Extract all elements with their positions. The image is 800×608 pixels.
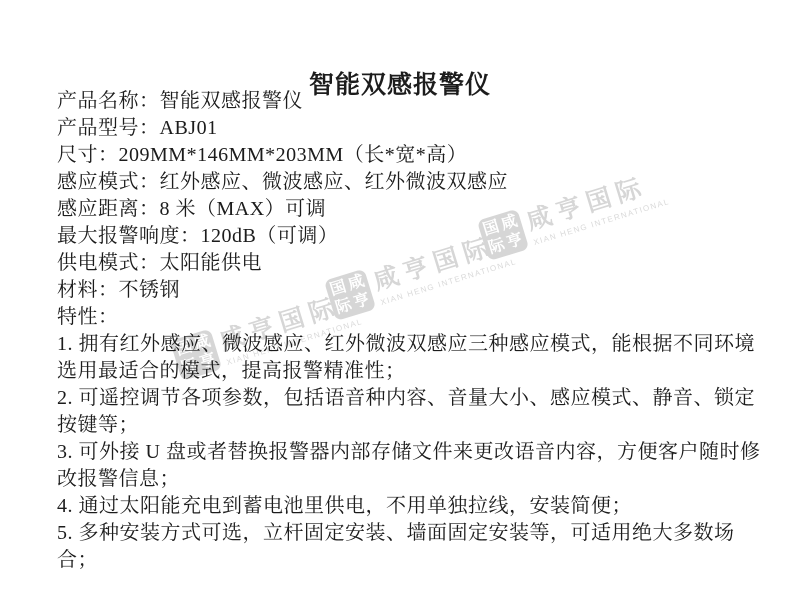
spec-sensing-distance: 感应距离：8 米（MAX）可调 (57, 196, 769, 223)
feature-item-2: 2. 可遥控调节各项参数，包括语音种内容、音量大小、感应模式、静音、锁定按键等； (57, 385, 769, 439)
spec-product-model: 产品型号：ABJ01 (57, 115, 769, 142)
feature-item-4: 4. 通过太阳能充电到蓄电池里供电，不用单独拉线，安装简便； (57, 493, 769, 520)
spec-material: 材料：不锈钢 (57, 277, 769, 304)
feature-item-3: 3. 可外接 U 盘或者替换报警器内部存储文件来更改语音内容，方便客户随时修改报… (57, 439, 769, 493)
spec-product-name: 产品名称：智能双感报警仪 (57, 88, 769, 115)
spec-power-mode: 供电模式：太阳能供电 (57, 250, 769, 277)
product-spec-document: 国 咸 际 亨 咸亨国际 XIAN HENG INTERNATIONAL 国 咸… (0, 0, 800, 608)
spec-list: 产品名称：智能双感报警仪 产品型号：ABJ01 尺寸：209MM*146MM*2… (57, 88, 769, 574)
spec-dimensions: 尺寸：209MM*146MM*203MM（长*宽*高） (57, 142, 769, 169)
feature-item-1: 1. 拥有红外感应、微波感应、红外微波双感应三种感应模式，能根据不同环境选用最适… (57, 331, 769, 385)
spec-max-alarm-volume: 最大报警响度：120dB（可调） (57, 223, 769, 250)
feature-item-5: 5. 多种安装方式可选，立杆固定安装、墙面固定安装等，可适用绝大多数场合； (57, 520, 769, 574)
features-heading: 特性： (57, 304, 769, 331)
spec-sensing-mode: 感应模式：红外感应、微波感应、红外微波双感应 (57, 169, 769, 196)
